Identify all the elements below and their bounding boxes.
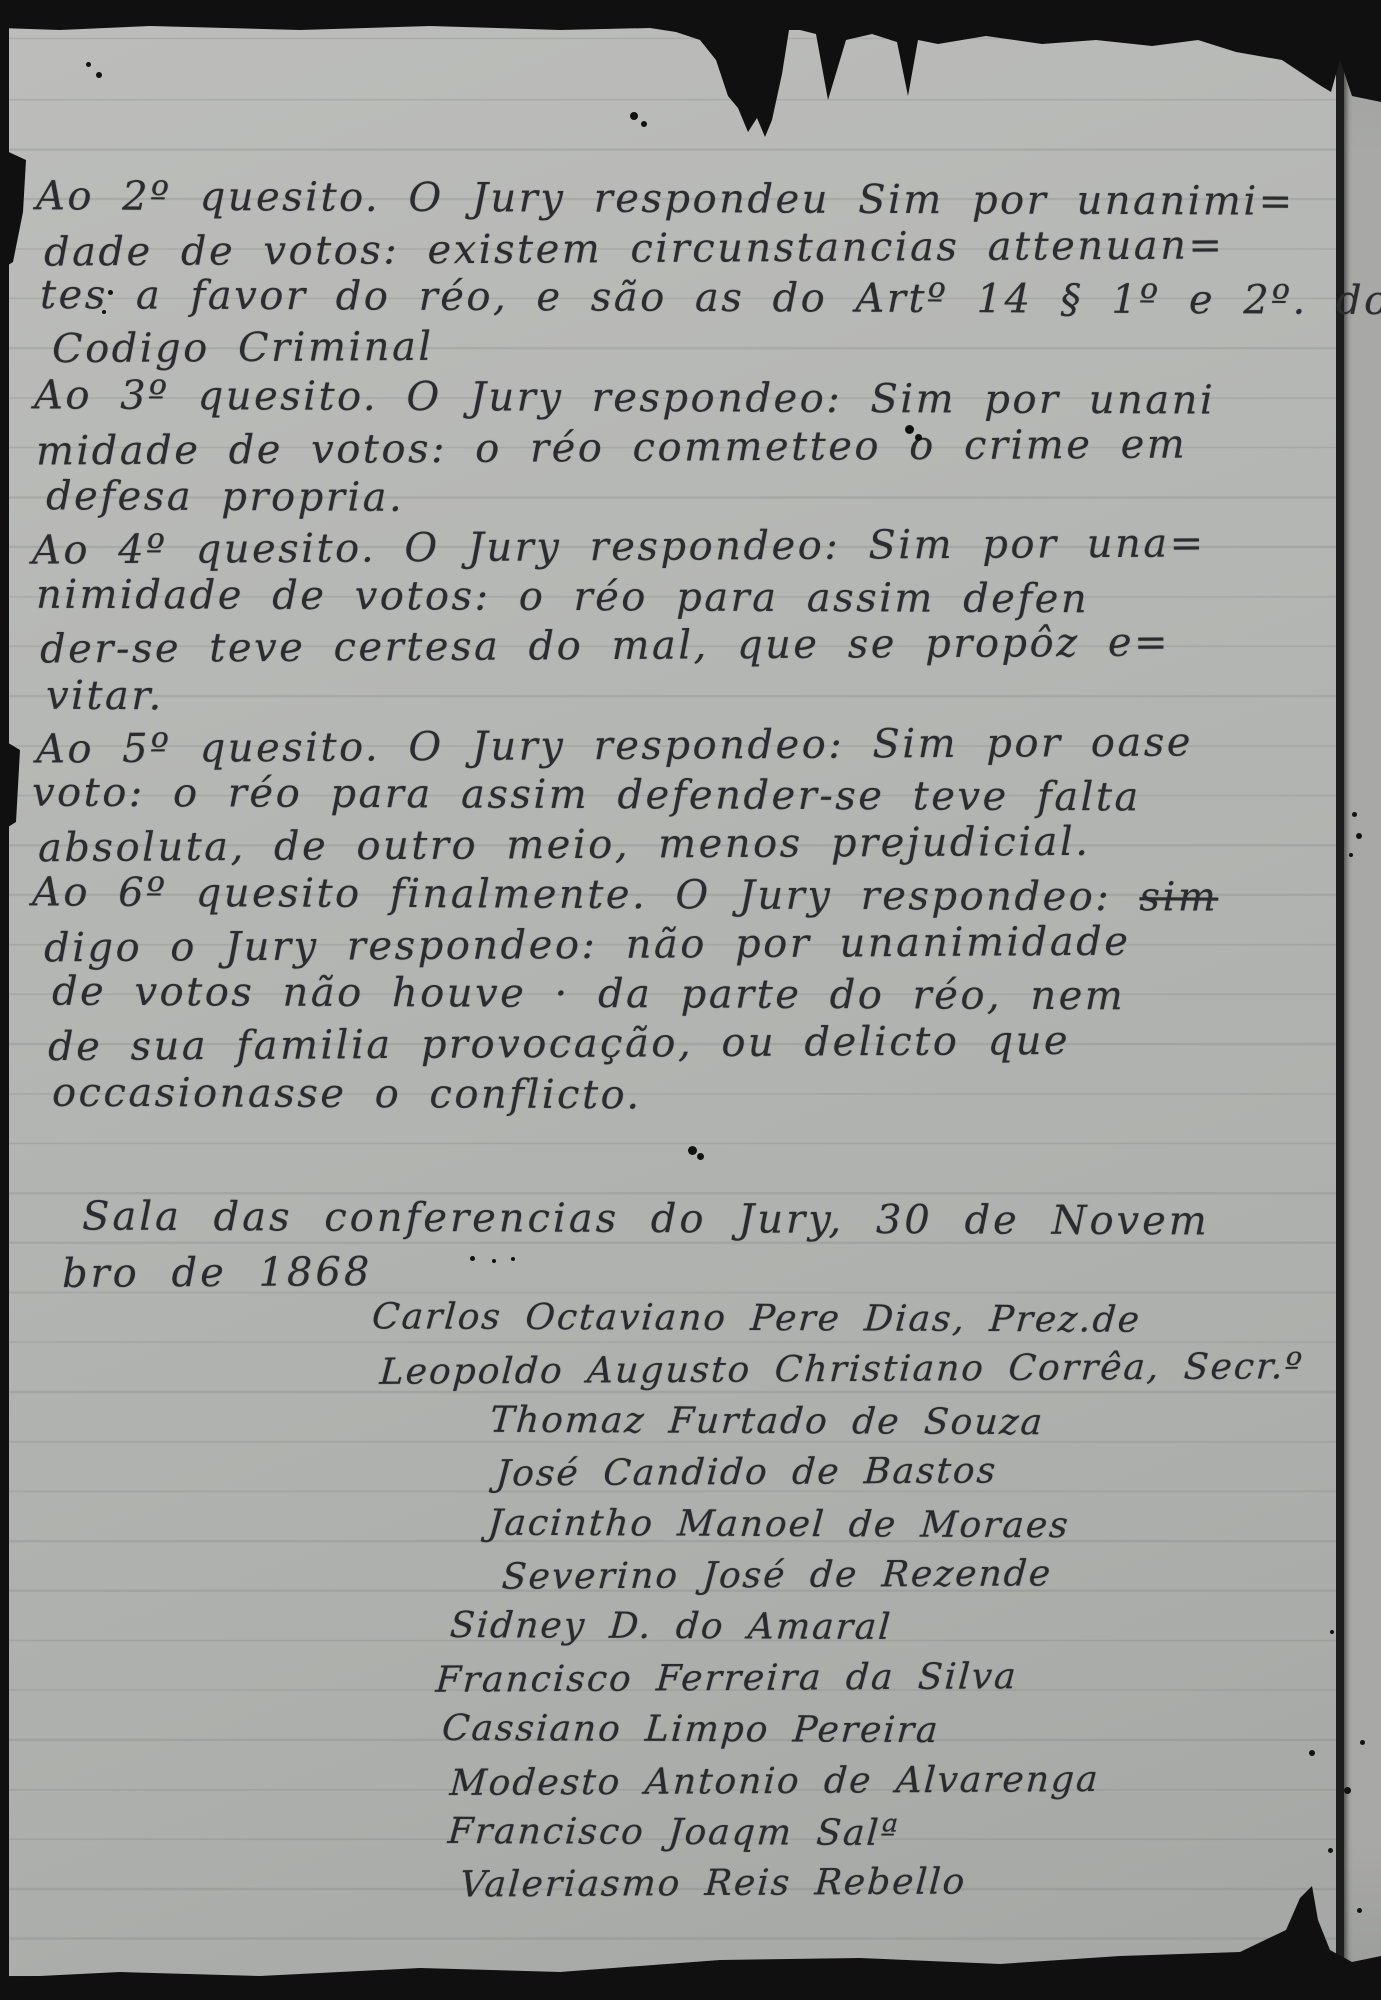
- ink-speck: [905, 425, 914, 434]
- ink-speck: [688, 1146, 697, 1155]
- manuscript-line: de sua familia provocação, ou delicto qu…: [48, 1018, 1070, 1070]
- signature: Severino José de Rezende: [501, 1553, 1054, 1598]
- ink-speck: [1349, 853, 1353, 857]
- closing-line: bro de 1868: [62, 1249, 373, 1297]
- ink-speck: [641, 121, 647, 127]
- scanned-page: Ao 2º quesito. O Jury respondeu Sim por …: [0, 0, 1381, 2000]
- signature: Modesto Antonio de Alvarenga: [449, 1759, 1101, 1805]
- manuscript-line: absoluta, de outro meio, menos prejudici…: [38, 819, 1091, 871]
- ink-speck: [108, 290, 113, 295]
- ink-speck: [1309, 1750, 1315, 1756]
- ink-speck: [1328, 1848, 1333, 1853]
- ink-speck: [102, 310, 106, 314]
- manuscript-line: midade de votos: o réo commetteo o crime…: [36, 421, 1188, 474]
- signature: Francisco Joaqm Salª: [447, 1811, 901, 1855]
- manuscript-line: defesa propria.: [46, 473, 404, 521]
- manuscript-line: occasionasse o conflicto.: [52, 1070, 642, 1119]
- ink-speck: [1330, 1630, 1334, 1634]
- ink-speck: [1352, 812, 1357, 817]
- manuscript-line: dade de votos: existem circunstancias at…: [44, 222, 1225, 275]
- torn-left-edge: [0, 26, 9, 2000]
- manuscript-line: digo o Jury respondeo: não por unanimida…: [44, 919, 1131, 972]
- ink-speck: [86, 62, 91, 67]
- manuscript-line: tes a favor do réo, e são as do Artº 14 …: [40, 272, 1381, 324]
- ink-speck: [915, 434, 922, 441]
- signature: José Candido de Bastos: [495, 1450, 999, 1495]
- signature: Carlos Octaviano Pere Dias, Prez.de: [371, 1296, 1143, 1341]
- ink-speck: [697, 1153, 704, 1160]
- manuscript-line: de votos não houve · da parte do réo, ne…: [52, 969, 1125, 1020]
- manuscript-line: Ao 4º quesito. O Jury respondeo: Sim por…: [32, 520, 1206, 573]
- signature: Leopoldo Augusto Christiano Corrêa, Secr…: [378, 1346, 1305, 1394]
- manuscript-line: Ao 6º quesito finalmente. O Jury respond…: [32, 869, 1218, 920]
- manuscript-line: Ao 2º quesito. O Jury respondeu Sim por …: [36, 173, 1295, 224]
- ink-speck: [1357, 1908, 1362, 1913]
- manuscript-line: der-se teve certesa do mal, que se propô…: [40, 620, 1170, 673]
- signature: Sidney D. do Amaral: [449, 1605, 894, 1649]
- signature: Cassiano Limpo Pereira: [441, 1708, 942, 1752]
- struck-word: sim: [1139, 874, 1218, 920]
- ink-speck: [1344, 1787, 1351, 1794]
- ink-speck: [492, 1259, 496, 1263]
- ink-speck: [511, 1257, 515, 1261]
- manuscript-line: nimidade de votos: o réo para assim defe…: [36, 572, 1089, 623]
- signature: Thomaz Furtado de Souza: [489, 1400, 1046, 1444]
- ink-speck: [630, 112, 638, 120]
- manuscript-line: Codigo Criminal: [52, 324, 434, 372]
- manuscript-line: Ao 3º quesito. O Jury respondeo: Sim por…: [34, 372, 1215, 423]
- ink-speck: [1360, 1740, 1365, 1745]
- signature: Francisco Ferreira da Silva: [435, 1656, 1019, 1702]
- manuscript-line: Ao 5º quesito. O Jury respondeo: Sim por…: [36, 719, 1193, 772]
- closing-line: Sala das conferencias do Jury, 30 de Nov…: [82, 1194, 1210, 1245]
- manuscript-line: vitar.: [46, 673, 164, 720]
- signature: Jacintho Manoel de Moraes: [487, 1503, 1072, 1548]
- ink-speck: [96, 72, 102, 78]
- signature: Valeriasmo Reis Rebello: [459, 1861, 968, 1906]
- ink-speck: [470, 1256, 475, 1261]
- manuscript-line: voto: o réo para assim defender-se teve …: [32, 770, 1141, 821]
- ink-speck: [1356, 833, 1362, 839]
